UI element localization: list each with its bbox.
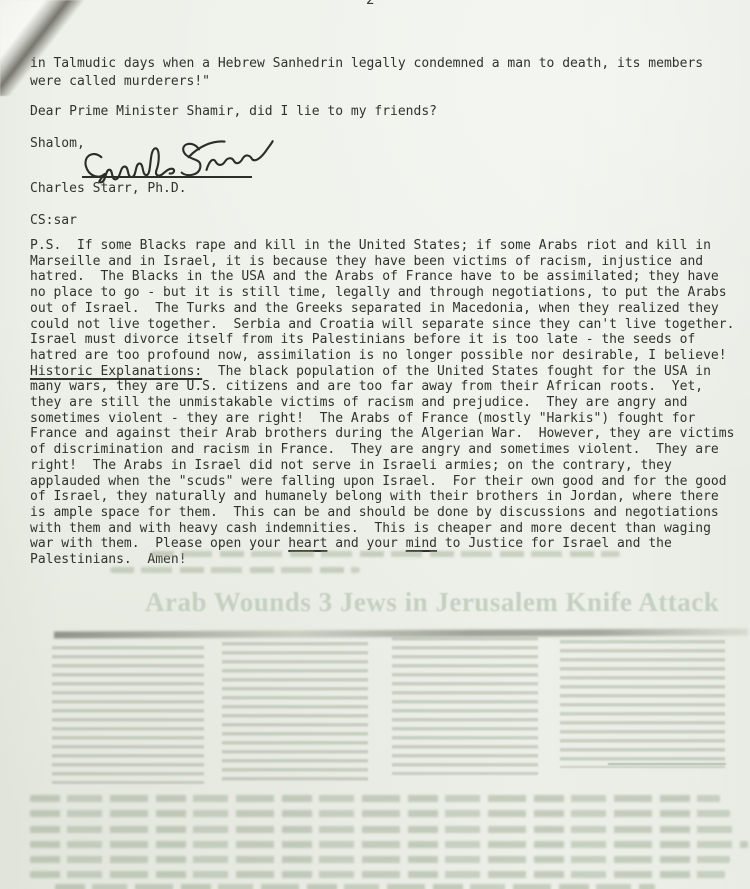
text-line: in Talmudic days when a Hebrew Sanhedrin…	[30, 55, 703, 73]
text-line: they are still the unmistakable victims …	[30, 395, 734, 411]
text-line: could not live together. Serbia and Croa…	[30, 317, 734, 333]
postscript-paragraph: P.S. If some Blacks rape and kill in the…	[30, 238, 734, 568]
text-line: war with them. Please open your heart an…	[30, 536, 734, 552]
letter-opening-paragraph: in Talmudic days when a Hebrew Sanhedrin…	[30, 55, 703, 91]
text-line: were called murderers!"	[30, 73, 703, 91]
text-line: P.S. If some Blacks rape and kill in the…	[30, 238, 734, 254]
bleed-through-typed-line	[30, 871, 725, 878]
faint-newsprint-rule	[608, 763, 726, 765]
text-line: of Israel, they naturally and humanely b…	[30, 489, 734, 505]
text-line: France and against their Arab brothers d…	[30, 426, 734, 442]
text-line: no place to go - but it is still time, l…	[30, 285, 734, 301]
faint-newsprint-column	[52, 646, 204, 784]
scanned-letter-page: 2 in Talmudic days when a Hebrew Sanhedr…	[0, 0, 750, 889]
bleed-through-typed-line	[30, 795, 720, 802]
typed-signature-name: Charles Starr, Ph.D.	[30, 181, 187, 196]
text-line: hatred. The Blacks in the USA and the Ar…	[30, 269, 734, 285]
text-line: Marseille and in Israel, it is because t…	[30, 254, 734, 270]
text-line: sometimes violent - they are right! The …	[30, 411, 734, 427]
faint-newsprint-column	[560, 640, 725, 768]
bleed-through-text-line	[150, 551, 620, 557]
faint-newsprint-column	[392, 637, 538, 775]
page-number: 2	[366, 0, 374, 8]
bleed-through-typed-line	[30, 810, 730, 817]
bleed-through-typed-line	[30, 841, 748, 848]
text-line: right! The Arabs in Israel did not serve…	[30, 458, 734, 474]
reference-initials: CS:sar	[30, 213, 77, 228]
text-line: hatred are too profound now, assimilatio…	[30, 348, 734, 364]
text-line: is ample space for them. This can be and…	[30, 505, 734, 521]
text-line: with them and with heavy cash indemnitie…	[30, 521, 734, 537]
bleed-through-typed-line	[30, 826, 740, 833]
bleed-through-text-line	[110, 567, 360, 573]
text-line: many wars, they are U.S. citizens and ar…	[30, 379, 734, 395]
letter-salutation: Dear Prime Minister Shamir, did I lie to…	[30, 104, 437, 119]
text-line: of discrimination and racism in France. …	[30, 442, 734, 458]
bleed-through-typed-line	[30, 856, 730, 863]
bleed-through-typed-line	[55, 884, 655, 889]
text-line: out of Israel. The Turks and the Greeks …	[30, 301, 734, 317]
signature-underline	[82, 176, 252, 178]
faint-newspaper-headline: Arab Wounds 3 Jews in Jerusalem Knife At…	[145, 587, 710, 618]
text-line: applauded when the "scuds" were falling …	[30, 474, 734, 490]
faint-newsprint-column	[222, 642, 368, 782]
text-line: Historic Explanations: The black populat…	[30, 364, 734, 380]
text-line: Israel must divorce itself from its Pale…	[30, 332, 734, 348]
